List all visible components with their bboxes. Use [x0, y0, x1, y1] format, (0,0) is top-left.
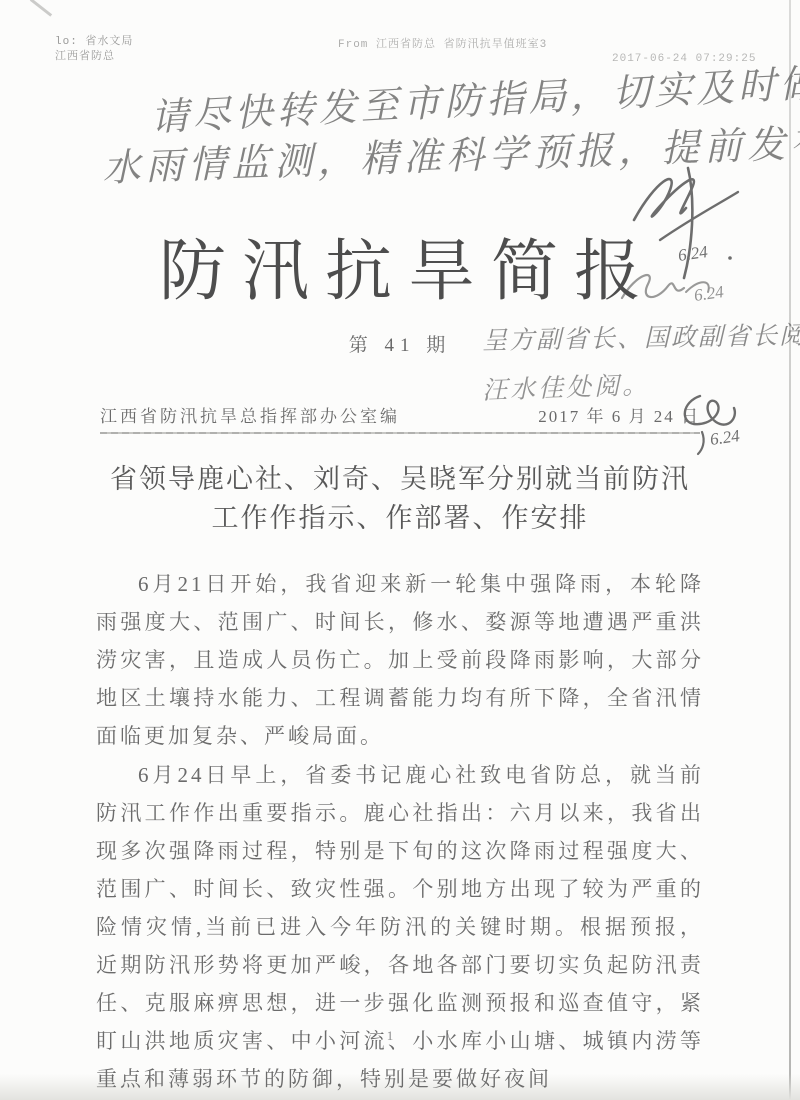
fax-sender: From 江西省防总 省防汛抗旱值班室3	[338, 38, 547, 53]
scanned-document-page: lo: 省水文局 江西省防总 From 江西省防总 省防汛抗旱值班室3 2017…	[0, 0, 800, 1100]
issue-number: 第 41 期	[0, 330, 800, 357]
fax-recipient-line1: lo: 省水文局	[55, 35, 133, 50]
handwritten-routing-note-line2: 汪水佳处阅。	[481, 365, 650, 407]
publication-date: 2017 年 6 月 24 日	[538, 402, 700, 427]
article-headline: 省领导鹿心社、刘奇、吴晓军分别就当前防汛 工作作指示、作部署、作安排	[95, 460, 705, 538]
publisher: 江西省防汛抗旱总指挥部办公室编	[100, 402, 400, 427]
publication-line: 江西省防汛抗旱总指挥部办公室编 2017 年 6 月 24 日	[100, 402, 700, 427]
article-headline-line1: 省领导鹿心社、刘奇、吴晓军分别就当前防汛	[95, 460, 705, 499]
article-headline-line2: 工作作指示、作部署、作安排	[95, 499, 705, 538]
fax-recipient: lo: 省水文局 江西省防总	[55, 35, 133, 65]
fax-recipient-line2: 江西省防总	[55, 50, 133, 65]
article-paragraph-2: 6月24日早上，省委书记鹿心社致电省防总，就当前防汛工作作出重要指示。鹿心社指出…	[96, 756, 704, 1098]
bulletin-title: 防汛抗旱简报	[0, 218, 800, 314]
masthead: 防汛抗旱简报	[0, 218, 800, 314]
signature-3-date: 6.24	[709, 426, 741, 450]
scan-fold-mark	[30, 0, 52, 17]
masthead-divider	[100, 432, 700, 434]
article-body: 6月21日开始，我省迎来新一轮集中强降雨，本轮降雨强度大、范围广、时间长，修水、…	[96, 565, 704, 1098]
page-number: 1	[0, 1028, 780, 1044]
article-paragraph-1: 6月21日开始，我省迎来新一轮集中强降雨，本轮降雨强度大、范围广、时间长，修水、…	[96, 565, 704, 755]
